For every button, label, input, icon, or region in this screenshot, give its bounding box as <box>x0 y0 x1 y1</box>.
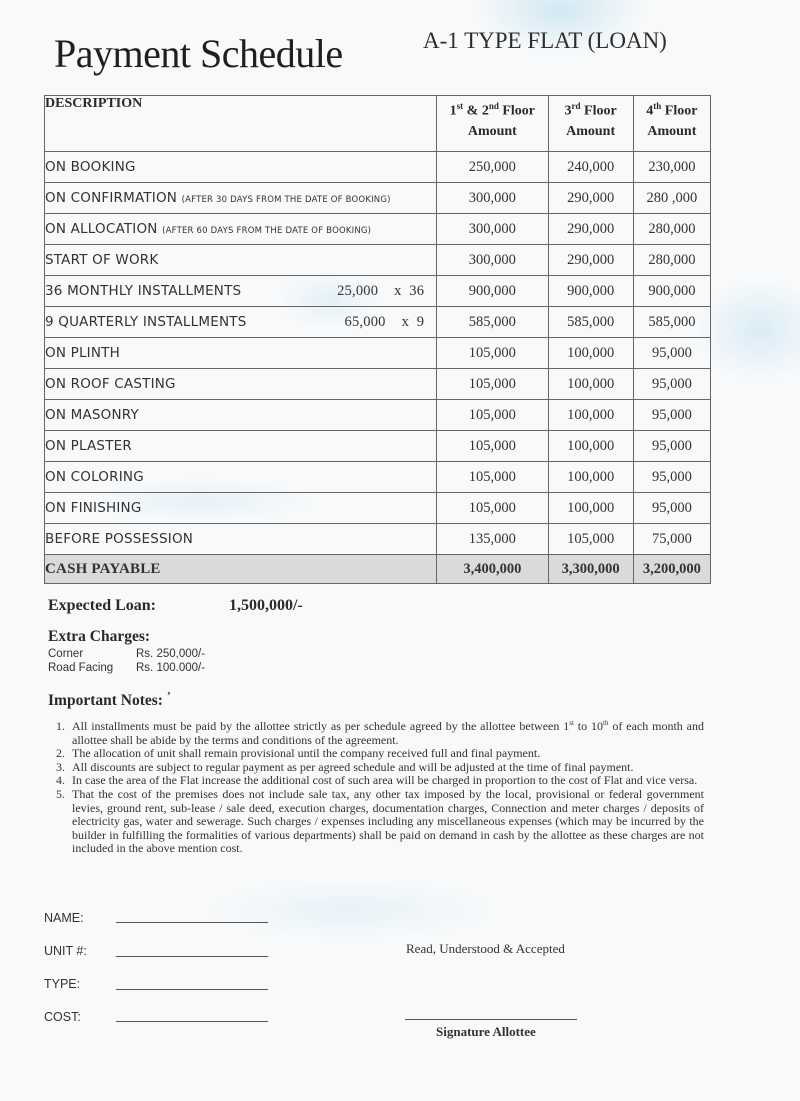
installment-rate: 65,000x 9 <box>345 314 425 331</box>
row-description: ON CONFIRMATION (AFTER 30 DAYS FROM THE … <box>45 183 437 214</box>
amount-cell: 250,000 <box>437 152 548 183</box>
table-row: ON BOOKING250,000240,000230,000 <box>45 152 711 183</box>
row-description: ON PLASTER <box>45 431 437 462</box>
total-amount-cell: 3,300,000 <box>548 555 633 584</box>
table-row: BEFORE POSSESSION135,000105,00075,000 <box>45 524 711 555</box>
total-row: CASH PAYABLE3,400,0003,300,0003,200,000 <box>45 555 711 584</box>
amount-cell: 280,000 <box>633 245 710 276</box>
payment-schedule-table: DESCRIPTION 1st & 2nd Floor Amount 3rd F… <box>44 95 711 584</box>
amount-cell: 95,000 <box>633 338 710 369</box>
table-row: ON CONFIRMATION (AFTER 30 DAYS FROM THE … <box>45 183 711 214</box>
row-description: BEFORE POSSESSION <box>45 524 437 555</box>
row-note: (AFTER 30 DAYS FROM THE DATE OF BOOKING) <box>182 195 391 205</box>
unit-label: UNIT #: <box>44 944 87 958</box>
note-item: All discounts are subject to regular pay… <box>68 761 704 775</box>
table-row: ON ROOF CASTING105,000100,00095,000 <box>45 369 711 400</box>
amount-cell: 105,000 <box>437 493 548 524</box>
amount-cell: 95,000 <box>633 400 710 431</box>
total-amount-cell: 3,400,000 <box>437 555 548 584</box>
header-floor-4: 4th Floor Amount <box>633 96 710 152</box>
table-row: ON ALLOCATION (AFTER 60 DAYS FROM THE DA… <box>45 214 711 245</box>
cost-label: COST: <box>44 1010 81 1024</box>
note-item: That the cost of the premises does not i… <box>68 788 704 856</box>
row-description: ON PLINTH <box>45 338 437 369</box>
amount-cell: 105,000 <box>437 431 548 462</box>
row-description: START OF WORK <box>45 245 437 276</box>
table-row: ON FINISHING105,000100,00095,000 <box>45 493 711 524</box>
row-description: ON MASONRY <box>45 400 437 431</box>
expected-loan-label: Expected Loan: <box>48 597 156 615</box>
amount-cell: 240,000 <box>548 152 633 183</box>
amount-cell: 585,000 <box>437 307 548 338</box>
amount-cell: 100,000 <box>548 431 633 462</box>
amount-cell: 95,000 <box>633 431 710 462</box>
table-row: ON PLINTH105,000100,00095,000 <box>45 338 711 369</box>
amount-cell: 135,000 <box>437 524 548 555</box>
extra-charge-corner: Corner Rs. 250,000/- <box>48 648 83 660</box>
type-label: TYPE: <box>44 977 80 991</box>
table-row: START OF WORK300,000290,000280,000 <box>45 245 711 276</box>
signature-label: Signature Allottee <box>436 1024 536 1040</box>
table-row: ON COLORING105,000100,00095,000 <box>45 462 711 493</box>
note-item: In case the area of the Flat increase th… <box>68 774 704 788</box>
amount-cell: 95,000 <box>633 493 710 524</box>
amount-cell: 280 ,000 <box>633 183 710 214</box>
amount-cell: 900,000 <box>548 276 633 307</box>
table-row: ON PLASTER105,000100,00095,000 <box>45 431 711 462</box>
table-header-row: DESCRIPTION 1st & 2nd Floor Amount 3rd F… <box>45 96 711 152</box>
amount-cell: 100,000 <box>548 338 633 369</box>
name-field[interactable] <box>116 922 268 923</box>
amount-cell: 300,000 <box>437 245 548 276</box>
row-description: ON ROOF CASTING <box>45 369 437 400</box>
expected-loan-value: 1,500,000/- <box>229 597 303 615</box>
amount-cell: 75,000 <box>633 524 710 555</box>
installment-rate: 25,000x 36 <box>337 283 424 300</box>
cost-field[interactable] <box>116 1021 268 1022</box>
amount-cell: 105,000 <box>437 369 548 400</box>
type-field[interactable] <box>116 989 268 990</box>
amount-cell: 100,000 <box>548 493 633 524</box>
row-description: ON COLORING <box>45 462 437 493</box>
header-floor-1-2: 1st & 2nd Floor Amount <box>437 96 548 152</box>
amount-cell: 290,000 <box>548 183 633 214</box>
extra-charges-title: Extra Charges: <box>48 628 150 646</box>
amount-cell: 300,000 <box>437 214 548 245</box>
signature-field[interactable] <box>405 1019 577 1020</box>
row-description: ON FINISHING <box>45 493 437 524</box>
amount-cell: 230,000 <box>633 152 710 183</box>
amount-cell: 95,000 <box>633 462 710 493</box>
amount-cell: 290,000 <box>548 214 633 245</box>
total-amount-cell: 3,200,000 <box>633 555 710 584</box>
amount-cell: 290,000 <box>548 245 633 276</box>
header-floor-3: 3rd Floor Amount <box>548 96 633 152</box>
row-description: 36 MONTHLY INSTALLMENTS25,000x 36 <box>45 276 437 307</box>
note-item: The allocation of unit shall remain prov… <box>68 747 704 761</box>
total-label: CASH PAYABLE <box>45 555 437 584</box>
amount-cell: 100,000 <box>548 462 633 493</box>
amount-cell: 900,000 <box>633 276 710 307</box>
row-description: ON BOOKING <box>45 152 437 183</box>
note-item: All installments must be paid by the all… <box>68 717 704 747</box>
amount-cell: 105,000 <box>548 524 633 555</box>
amount-cell: 100,000 <box>548 369 633 400</box>
name-label: NAME: <box>44 911 84 925</box>
unit-field[interactable] <box>116 956 268 957</box>
important-notes-title: Important Notes:’ <box>48 690 171 710</box>
table-row: 9 QUARTERLY INSTALLMENTS65,000x 9585,000… <box>45 307 711 338</box>
amount-cell: 585,000 <box>548 307 633 338</box>
amount-cell: 900,000 <box>437 276 548 307</box>
amount-cell: 100,000 <box>548 400 633 431</box>
page-title: Payment Schedule <box>54 30 343 77</box>
row-description: ON ALLOCATION (AFTER 60 DAYS FROM THE DA… <box>45 214 437 245</box>
amount-cell: 280,000 <box>633 214 710 245</box>
amount-cell: 300,000 <box>437 183 548 214</box>
important-notes-list: All installments must be paid by the all… <box>44 717 704 856</box>
amount-cell: 105,000 <box>437 400 548 431</box>
amount-cell: 585,000 <box>633 307 710 338</box>
row-note: (AFTER 60 DAYS FROM THE DATE OF BOOKING) <box>162 226 371 236</box>
accept-statement: Read, Understood & Accepted <box>406 941 565 957</box>
stray-mark: ’ <box>167 690 171 702</box>
table-row: ON MASONRY105,000100,00095,000 <box>45 400 711 431</box>
amount-cell: 95,000 <box>633 369 710 400</box>
header-description: DESCRIPTION <box>45 96 437 152</box>
extra-charge-road-facing: Road Facing Rs. 100.000/- <box>48 662 113 674</box>
amount-cell: 105,000 <box>437 462 548 493</box>
flat-type-subtitle: A-1 TYPE FLAT (LOAN) <box>423 28 667 54</box>
amount-cell: 105,000 <box>437 338 548 369</box>
table-row: 36 MONTHLY INSTALLMENTS25,000x 36900,000… <box>45 276 711 307</box>
row-description: 9 QUARTERLY INSTALLMENTS65,000x 9 <box>45 307 437 338</box>
